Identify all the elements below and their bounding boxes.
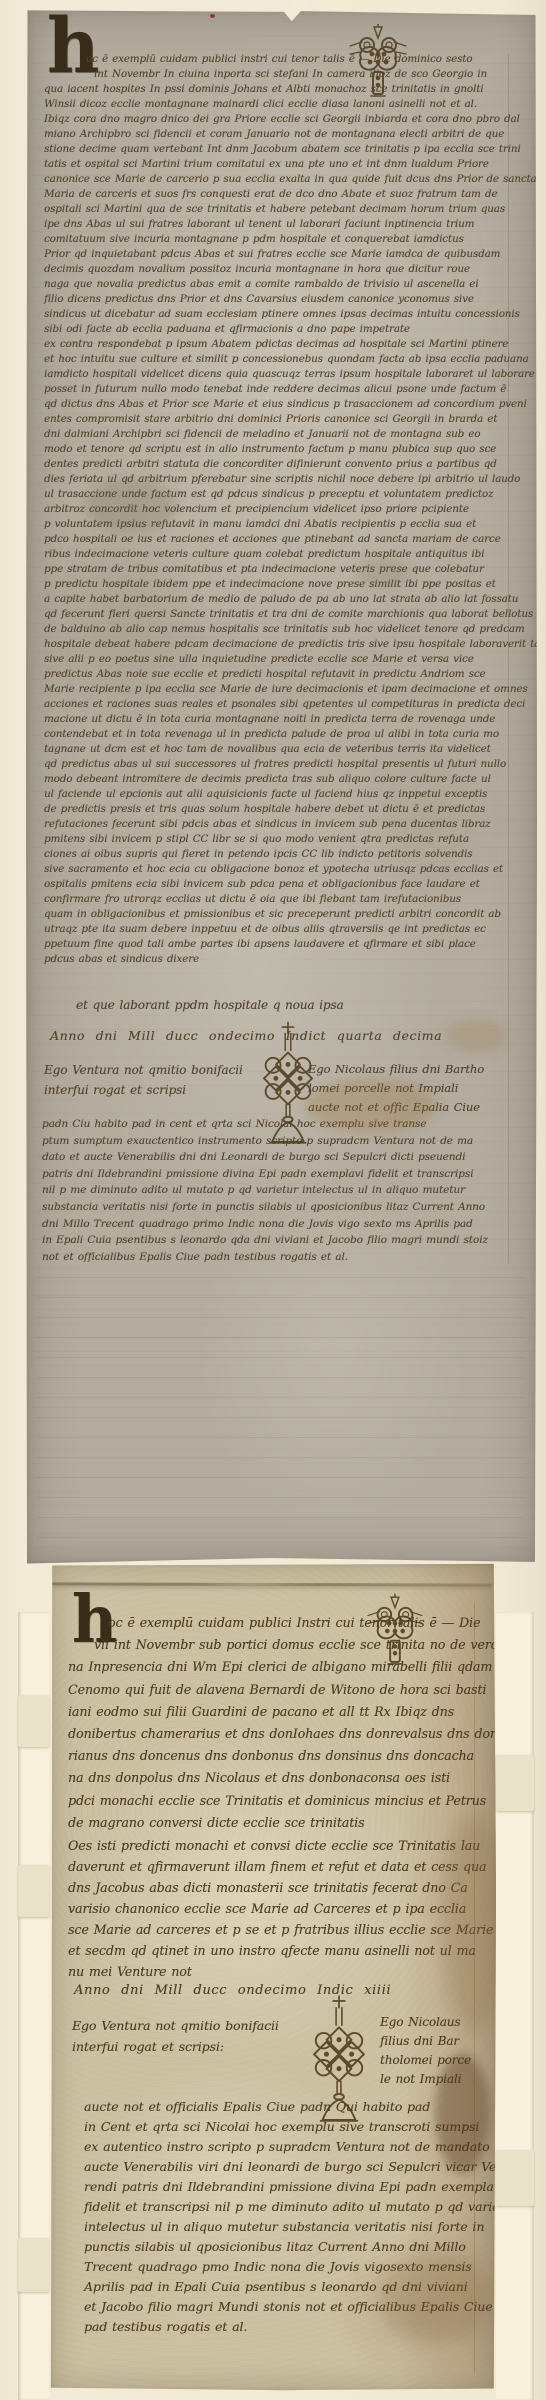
manuscript-text-line: de balduino ab alio cap nemus hospitalis… xyxy=(44,622,536,637)
manuscript-text-line: stione decime quam vertebant Int dnm Jac… xyxy=(44,142,536,157)
manuscript-text-line: aucte Venerabilis viri dni leonardi de b… xyxy=(84,2157,496,2177)
manuscript-text-line: sive alii p eo poetus sine ulla inquietu… xyxy=(44,652,536,667)
manuscript-text-line: na Inpresencia dni Wm Epi clerici de alb… xyxy=(68,1656,496,1678)
manuscript-text-line: iani eodmo sui filii Guardini de pacano … xyxy=(68,1701,496,1723)
manuscript-text-line: oc ē exemplū cuidam publici instri cui t… xyxy=(44,52,536,67)
manuscript-text-line: in Epali Cuia psentibus s leonardo qda d… xyxy=(42,1232,488,1249)
manuscript-text-line: et hoc intuitu sue culture et similit p … xyxy=(44,352,536,367)
manuscript-text-line: qua iacent hospites In pssi dominis Joha… xyxy=(44,82,536,97)
date-line: Anno dni Mill ducc ondecimo Indict quart… xyxy=(50,1028,442,1043)
manuscript-text-line: ospitalis pmitens ecia sibi invicem sub … xyxy=(44,877,536,892)
manuscript-text-line: Cenomo qui fuit de alavena Bernardi de W… xyxy=(68,1679,496,1701)
stain xyxy=(446,1018,506,1053)
mount-strip-right xyxy=(496,1612,534,2400)
manuscript-text-line: tatis et ospital sci Martini trium comit… xyxy=(44,157,536,172)
manuscript-text-line: ppetuum fine quod tali ambe partes ibi a… xyxy=(44,937,536,952)
margin-ruling-line xyxy=(508,54,509,1264)
manuscript-text-line: nil p me diminuto adito ul mutato p qd v… xyxy=(42,1182,488,1199)
manuscript-text-line: filius dni Bar xyxy=(380,2032,471,2051)
mount-tab xyxy=(496,1755,534,1811)
manuscript-text-line: et secdm qd qtinet in uno instro qfecte … xyxy=(68,1940,493,1961)
manuscript-text-line: sive sacramento et hoc ecia cu obligacio… xyxy=(44,862,536,877)
manuscript-text-line: acciones et raciones suas reales et pson… xyxy=(44,697,536,712)
manuscript-text-line: fidelit et transcripsi nil p me diminuto… xyxy=(84,2197,496,2217)
manuscript-text-line: utraqz pte ita suam debere inppetuu et d… xyxy=(44,922,536,937)
manuscript-text-line: intelectus ul in aliquo mutetur substanc… xyxy=(84,2217,496,2237)
stain xyxy=(380,2253,490,2343)
stain xyxy=(306,1078,436,1133)
manuscript-text-line: interfui rogat et scripsi: xyxy=(72,2036,279,2057)
stain xyxy=(435,2053,490,2173)
parchment-top-notch xyxy=(288,0,310,11)
manuscript-text-line: qd dictus dns Abas et Prior sce Marie et… xyxy=(44,397,536,412)
manuscript-text-line: ribus indecimacione veteris culture quam… xyxy=(44,547,536,562)
manuscript-text-line: Maria de carceris et suos frs conquesti … xyxy=(44,187,536,202)
manuscript-text-line: Oes isti predicti monachi et convsi dict… xyxy=(68,1835,493,1856)
manuscript-text-line: Ibiqz cora dno magro dnico dei gra Prior… xyxy=(44,112,536,127)
manuscript-text-line: posset in futurum nullo modo tenebat ind… xyxy=(44,382,536,397)
manuscript-text-line: contendebat et in tota revenaga ul in pr… xyxy=(44,727,536,742)
manuscript-text-line: dentes predicti arbitri statuta die conc… xyxy=(44,457,536,472)
manuscript-text-line: int Novembr In ciuina inporta sci stefan… xyxy=(44,67,536,82)
manuscript-text-line: nu mei Venture not xyxy=(68,1961,493,1982)
manuscript-text-line: qd predictus abas ul sui successores ul … xyxy=(44,757,536,772)
manuscript-text-line: ppe stratam de tribus comitatibus et pta… xyxy=(44,562,536,577)
notary-closing-text: padn Ciu habito pad in cent et qrta sci … xyxy=(42,1116,488,1265)
manuscript-text-line: Winsii dicoz ecclie montagnane mainardi … xyxy=(44,97,536,112)
manuscript-text-line: miano Archipbro sci fidencii et coram Ja… xyxy=(44,127,536,142)
manuscript-text-line: ospitali sci Martini qua de sce trinitat… xyxy=(44,202,536,217)
manuscript-text-line: predictus Abas noie sue ecclie et predic… xyxy=(44,667,536,682)
manuscript-text-line: macione ut dictu ē in tota curia montagn… xyxy=(44,712,536,727)
manuscript-text-line: sce Marie ad carceres et p se et p fratr… xyxy=(68,1919,493,1940)
manuscript-text-line: pdcus abas et sindicus dixere xyxy=(44,952,536,967)
manuscript-text-line: sibi odi facte ab ecclia paduana et qfir… xyxy=(44,322,536,337)
manuscript-text-line: sindicus ut dicebatur ad suam ecclesiam … xyxy=(44,307,536,322)
manuscript-text-line: modo et tenore qd scriptu est in alio in… xyxy=(44,442,536,457)
mount-tab xyxy=(18,2238,49,2292)
charter-body-text: oc ē exemplū cuidam publici Instri cui t… xyxy=(68,1612,496,1834)
mount-tab xyxy=(18,1695,49,1747)
manuscript-text-line: dns Jacobus abas dicti monasterii sce tr… xyxy=(68,1877,493,1898)
manuscript-text-line: Ego Ventura not qmitio bonifacii xyxy=(44,1060,243,1080)
clause-line: et que laborant ppdm hospitale q noua ip… xyxy=(76,998,344,1012)
manuscript-text-line: naga que novalia predictus abas emit a c… xyxy=(44,277,536,292)
manuscript-text-line: vii int Novembr sub portici domus ecclie… xyxy=(68,1634,496,1656)
manuscript-text-line: Marie recipiente p ipa ecclia sce Marie … xyxy=(44,682,536,697)
manuscript-text-line: varisio chanonico ecclie sce Marie ad Ca… xyxy=(68,1898,493,1919)
manuscript-text-line: pmitens sibi invicem p stipl CC libr se … xyxy=(44,832,536,847)
manuscript-text-line: ex contra respondebat p ipsum Abatem pdi… xyxy=(44,337,536,352)
manuscript-text-line: substancia veritatis nisi forte in punct… xyxy=(42,1199,488,1216)
stain xyxy=(86,478,176,533)
manuscript-text-line: ul faciende ul epcionis aut alii aquisic… xyxy=(44,787,536,802)
manuscript-text-line: ipe dns Abas ul sui fratres laborant ul … xyxy=(44,217,536,232)
stain xyxy=(356,558,411,588)
manuscript-text-line: interfui rogat et scripsi xyxy=(44,1080,243,1100)
manuscript-text-line: pdci monachi ecclie sce Trinitatis et do… xyxy=(68,1790,496,1812)
parchment-membrane-1: h oc ē exemplū cuidam publici instri cui… xyxy=(26,8,537,1565)
manuscript-text-line: donibertus chamerarius et dns donIohaes … xyxy=(68,1723,496,1745)
manuscript-text-line: iamdicto hospitali videlicet dicens quia… xyxy=(44,367,536,382)
manuscript-text-line: dni Millo Trecent quadrago primo Indic n… xyxy=(42,1216,488,1233)
manuscript-text-line: canonice sce Marie de carcerio p sua ecc… xyxy=(44,172,536,187)
manuscript-text-line: pdco hospitali oe ius et raciones et acc… xyxy=(44,532,536,547)
blind-ruling-lines xyxy=(36,1258,525,1556)
manuscript-text-line: de magrano conversi dicte ecclie sce tri… xyxy=(68,1812,496,1834)
manuscript-text-line: modo debeant intromitere de decimis pred… xyxy=(44,772,536,787)
manuscript-text-line: na dns donpolus dns Nicolaus et dns donb… xyxy=(68,1767,496,1789)
manuscript-text-line: ciones ai oibus supris qui fieret in pet… xyxy=(44,847,536,862)
red-ink-speck xyxy=(210,14,215,18)
manuscript-text-line: patris dni Ildebrandini pmissione divina… xyxy=(42,1166,488,1183)
manuscript-text-line: Ego Nicolaus filius dni Bartho xyxy=(308,1060,484,1079)
manuscript-text-line: qd fecerunt fieri quersi Sancte trinitat… xyxy=(44,607,536,622)
manuscript-text-line: tagnane ut dcm est et hoc tam de novalib… xyxy=(44,742,536,757)
manuscript-text-line: quam in obligacionibus et pmissionibus e… xyxy=(44,907,536,922)
manuscript-text-line: ex autentico instro scripto p supradcm V… xyxy=(84,2137,496,2157)
manuscript-text-line: dato et aucte Venerabilis dni dni Leonar… xyxy=(42,1149,488,1166)
mount-tab xyxy=(18,1865,49,1917)
manuscript-text-line: ptum sumptum exauctentico instrumento sc… xyxy=(42,1133,488,1150)
manuscript-text-line: decimis quozdam novalium possitoz incuri… xyxy=(44,262,536,277)
manuscript-text-line: daverunt et qfirmaverunt illam finem et … xyxy=(68,1856,493,1877)
manuscript-text-line: filio dicens predictus dns Prior et dns … xyxy=(44,292,536,307)
manuscript-text-line: oc ē exemplū cuidam publici Instri cui t… xyxy=(68,1612,496,1634)
manuscript-text-line: dni dalmiani Archipbri sci fidencii de m… xyxy=(44,427,536,442)
manuscript-text-line: de predictis presis et tris quas solum h… xyxy=(44,802,536,817)
mount-tab xyxy=(496,2150,534,2206)
manuscript-text-line: in Cent et qrta sci Nicolai hoc exemplu … xyxy=(84,2117,496,2137)
manuscript-text-line: rendi patris dni Ildebrandini pmissione … xyxy=(84,2177,496,2197)
manuscript-text-line: Prior qd inquietabant pdcus Abas et sui … xyxy=(44,247,536,262)
manuscript-text-line: entes compromisit stare arbitrio dni dom… xyxy=(44,412,536,427)
manuscript-text-line: a capite habet barbatorium de medio de p… xyxy=(44,592,536,607)
manuscript-text-line: hospitale debeat habere pdcam decimacion… xyxy=(44,637,536,652)
manuscript-text-line: comitatuum sive incuria montagnane p pdm… xyxy=(44,232,536,247)
notary-subscription-left: Ego Ventura not qmitio bonifaciiinterfui… xyxy=(44,1060,243,1100)
parchment-membrane-2: h oc ē exemplū cuidam publici Instri cui… xyxy=(50,1563,496,2391)
notary-subscription-left: Ego Ventura not qmitio bonifaciiinterfui… xyxy=(72,2015,279,2057)
stitched-seam xyxy=(52,1582,492,1586)
manuscript-text-line: rianus dns doncenus dns donbonus dns don… xyxy=(68,1745,496,1767)
manuscript-text-line: refutaciones fecerunt sibi pdcis abas et… xyxy=(44,817,536,832)
confirmation-text: Oes isti predicti monachi et convsi dict… xyxy=(68,1835,493,1982)
manuscript-text-line: p predictu hospitale ibidem ppe et indec… xyxy=(44,577,536,592)
manuscript-text-line: confirmare fro utrorqz ecclias ut dictu … xyxy=(44,892,536,907)
manuscript-text-line: Ego Ventura not qmitio bonifacii xyxy=(72,2015,279,2036)
